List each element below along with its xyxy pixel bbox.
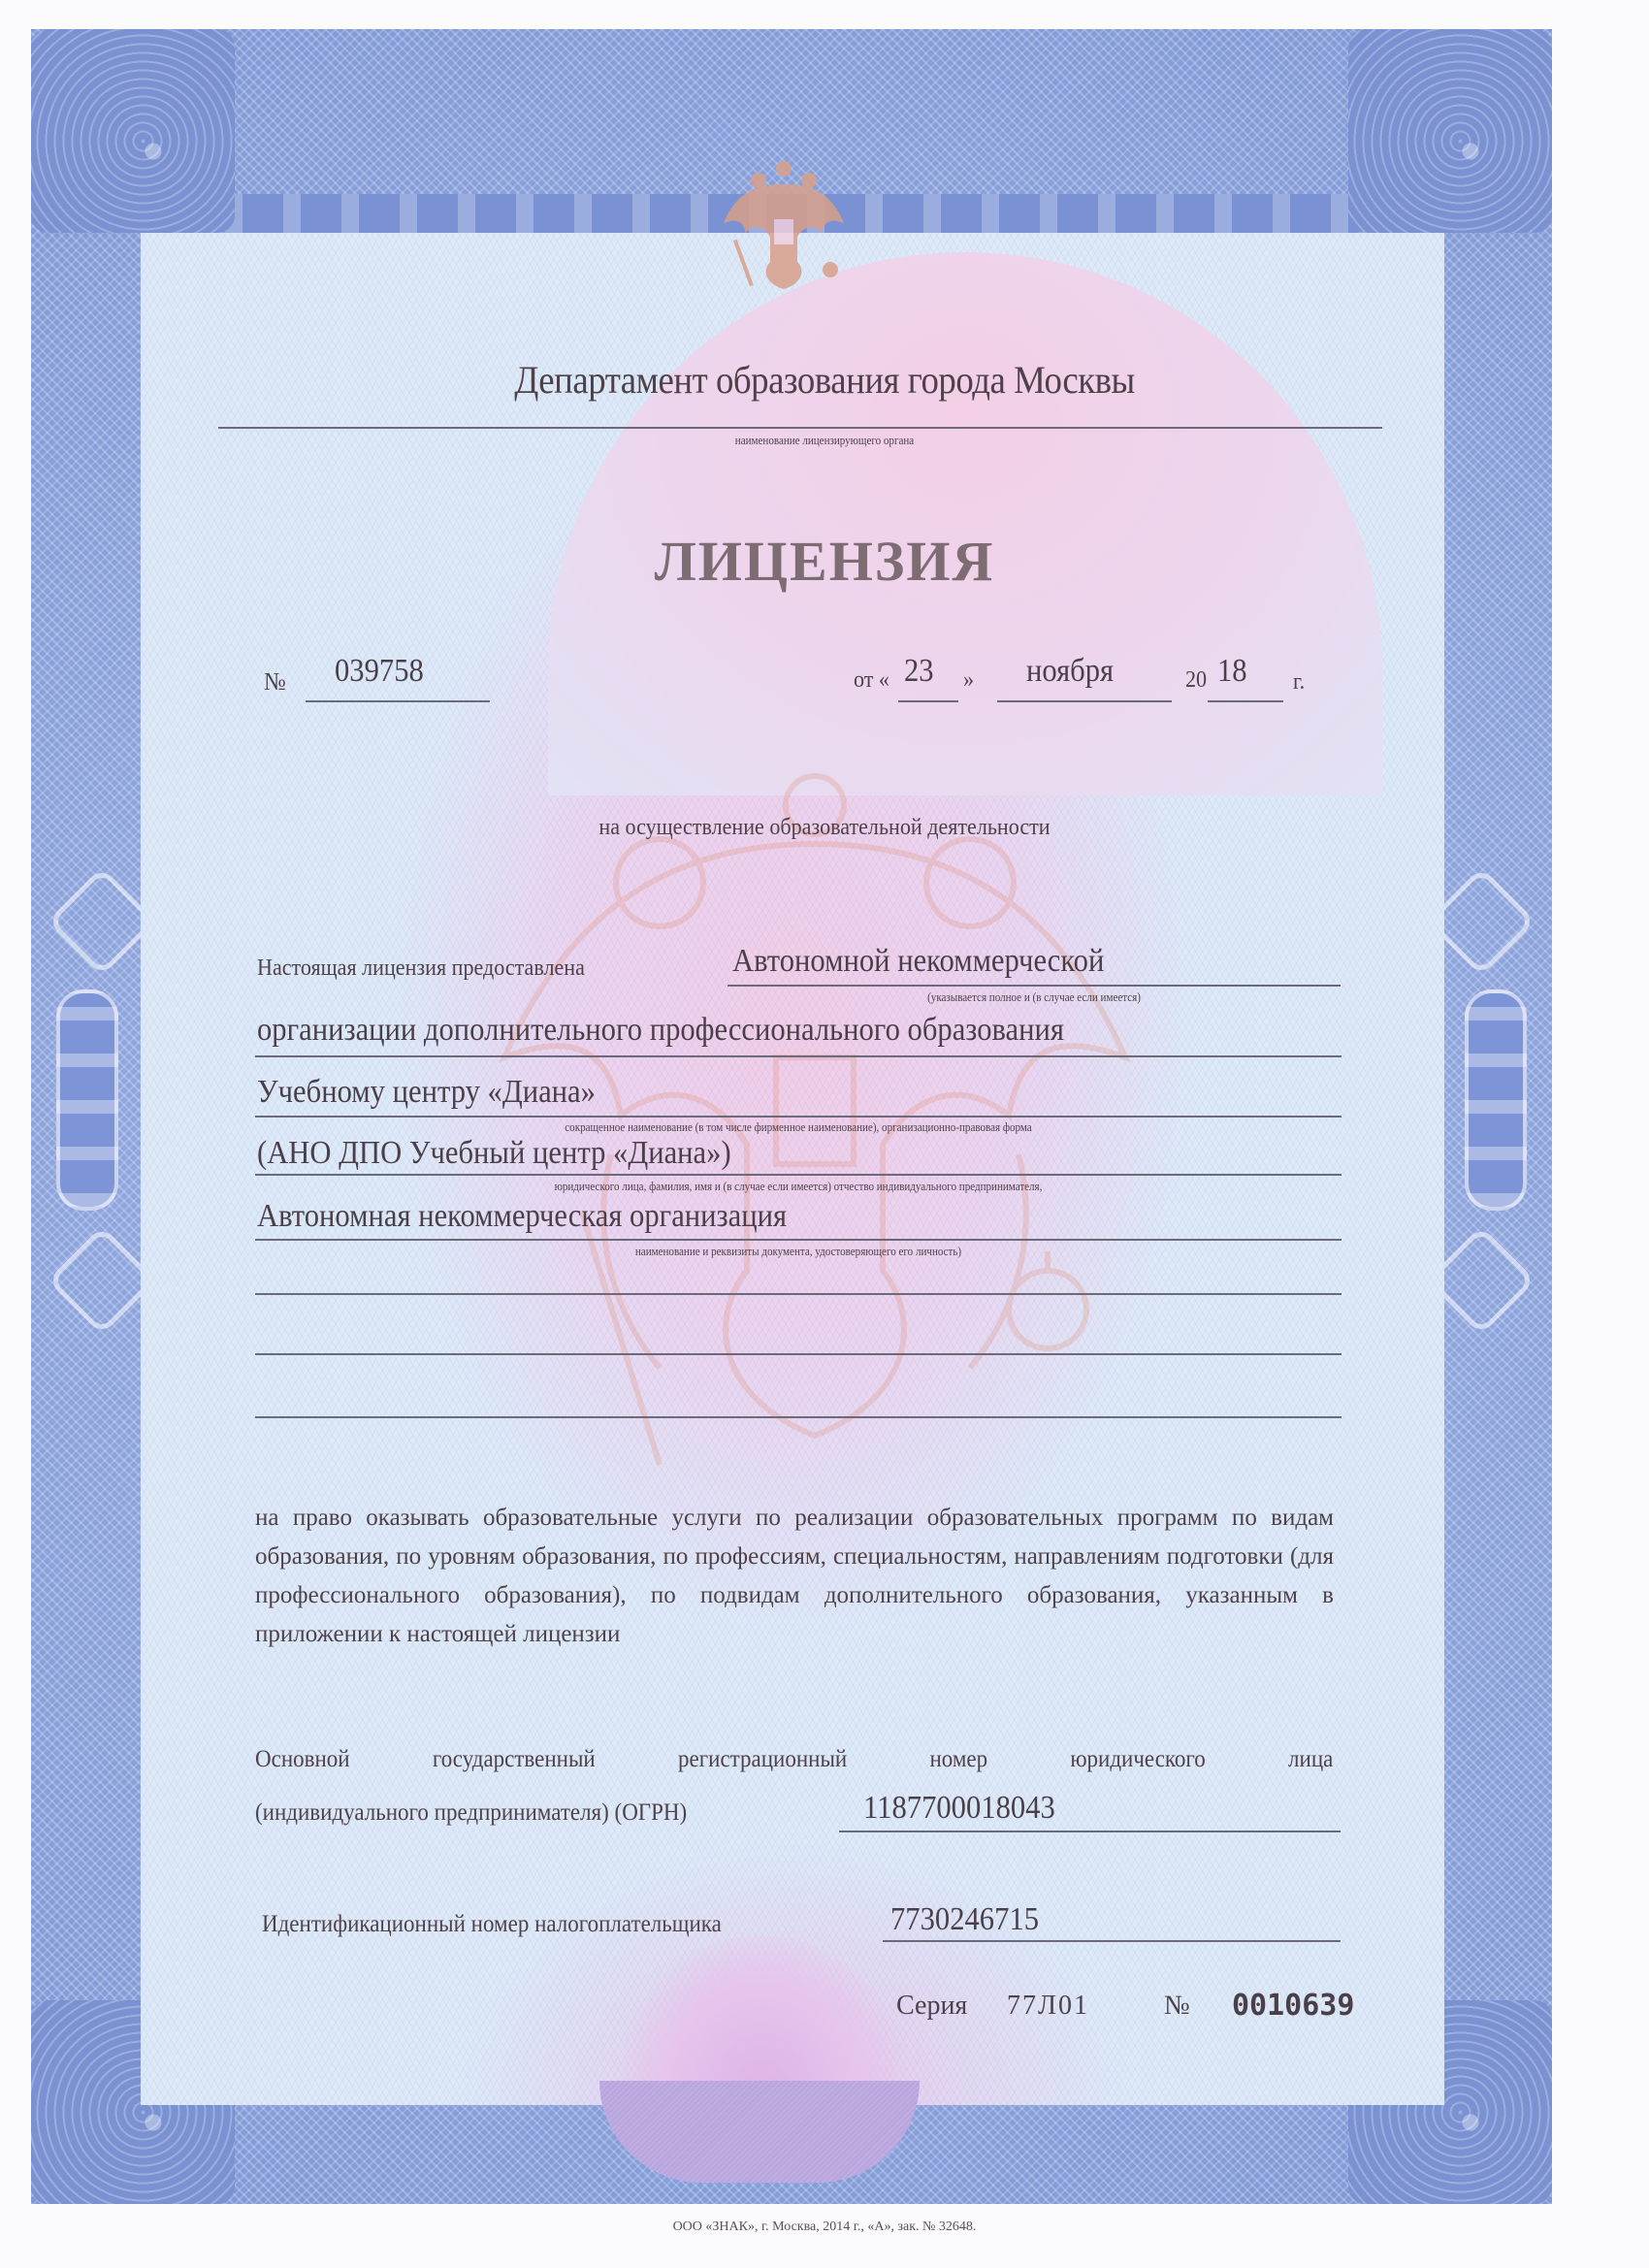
licensee-caption-1: (указывается полное и (в случае если име… [886,989,1182,1005]
licensee-caption-4: наименование и реквизиты документа, удос… [337,1244,1260,1259]
licensee-line-4: (АНО ДПО Учебный центр «Диана») [257,1135,731,1172]
number-underline [306,700,490,702]
licensee-underline-5 [255,1239,1342,1241]
inn-label: Идентификационный номер налогоплательщик… [262,1911,722,1938]
licensee-line-2: организации дополнительного профессионал… [257,1012,1064,1049]
licensee-line-1: Автономной некоммерческой [732,943,1104,980]
licensee-underline-4 [255,1174,1342,1176]
license-purpose: на осуществление образовательной деятель… [66,815,1583,841]
left-border-medallion [56,989,118,1211]
blank-number-sign: № [1164,1991,1190,2022]
series-value: 77Л01 [1007,1991,1089,2022]
licensee-underline-1 [727,985,1341,987]
date-month: ноября [1026,653,1114,690]
document-title: ЛИЦЕНЗИЯ [0,529,1649,594]
corner-ornament-top-left [31,29,235,233]
date-day: 23 [904,653,934,690]
date-quote-close: » [963,667,974,694]
granted-label: Настоящая лицензия предоставлена [257,956,585,982]
blank-line-3 [255,1416,1342,1418]
year-unit: г. [1293,669,1305,696]
top-arch-tint [548,252,1382,795]
ogrn-label-line-1: Основной государственный регистрационный… [255,1746,1333,1773]
licensee-underline-3 [255,1116,1342,1118]
series-label: Серия [896,1991,967,2022]
printer-note: ООО «ЗНАК», г. Москва, 2014 г., «А», зак… [0,2219,1649,2235]
authority-underline [218,427,1382,429]
year-prefix: 20 [1185,667,1207,694]
number-sign: № [264,667,286,697]
licensee-underline-2 [255,1055,1342,1057]
date-prefix: от « [854,667,889,694]
ogrn-label-line-2: (индивидуального предпринимателя) (ОГРН) [255,1799,687,1827]
ogrn-underline [839,1831,1341,1832]
inn-underline [883,1940,1341,1942]
licensing-authority: Департамент образования города Москвы [66,357,1583,403]
blank-line-2 [255,1353,1342,1355]
day-underline [898,700,958,702]
blank-line-1 [255,1293,1342,1295]
blank-number: 0010639 [1232,1989,1354,2023]
right-border-medallion [1465,989,1527,1211]
licensee-caption-3: юридического лица, фамилия, имя и (в слу… [337,1179,1260,1194]
ogrn-value: 1187700018043 [863,1790,1055,1827]
licensee-line-3: Учебному центру «Диана» [257,1074,596,1111]
license-scope-text: на право оказывать образовательные услуг… [255,1499,1334,1654]
licensee-line-5: Автономная некоммерческая организация [257,1198,787,1235]
year-suffix: 18 [1217,653,1247,690]
inn-value: 7730246715 [890,1901,1039,1938]
corner-ornament-top-right [1348,29,1552,233]
authority-caption: наименование лицензирующего органа [124,433,1526,448]
license-number: 039758 [335,653,424,690]
month-underline [997,700,1172,702]
licensee-caption-2: сокращенное наименование (в том числе фи… [337,1119,1260,1135]
year-underline [1208,700,1283,702]
coat-of-arms-icon [716,155,852,301]
